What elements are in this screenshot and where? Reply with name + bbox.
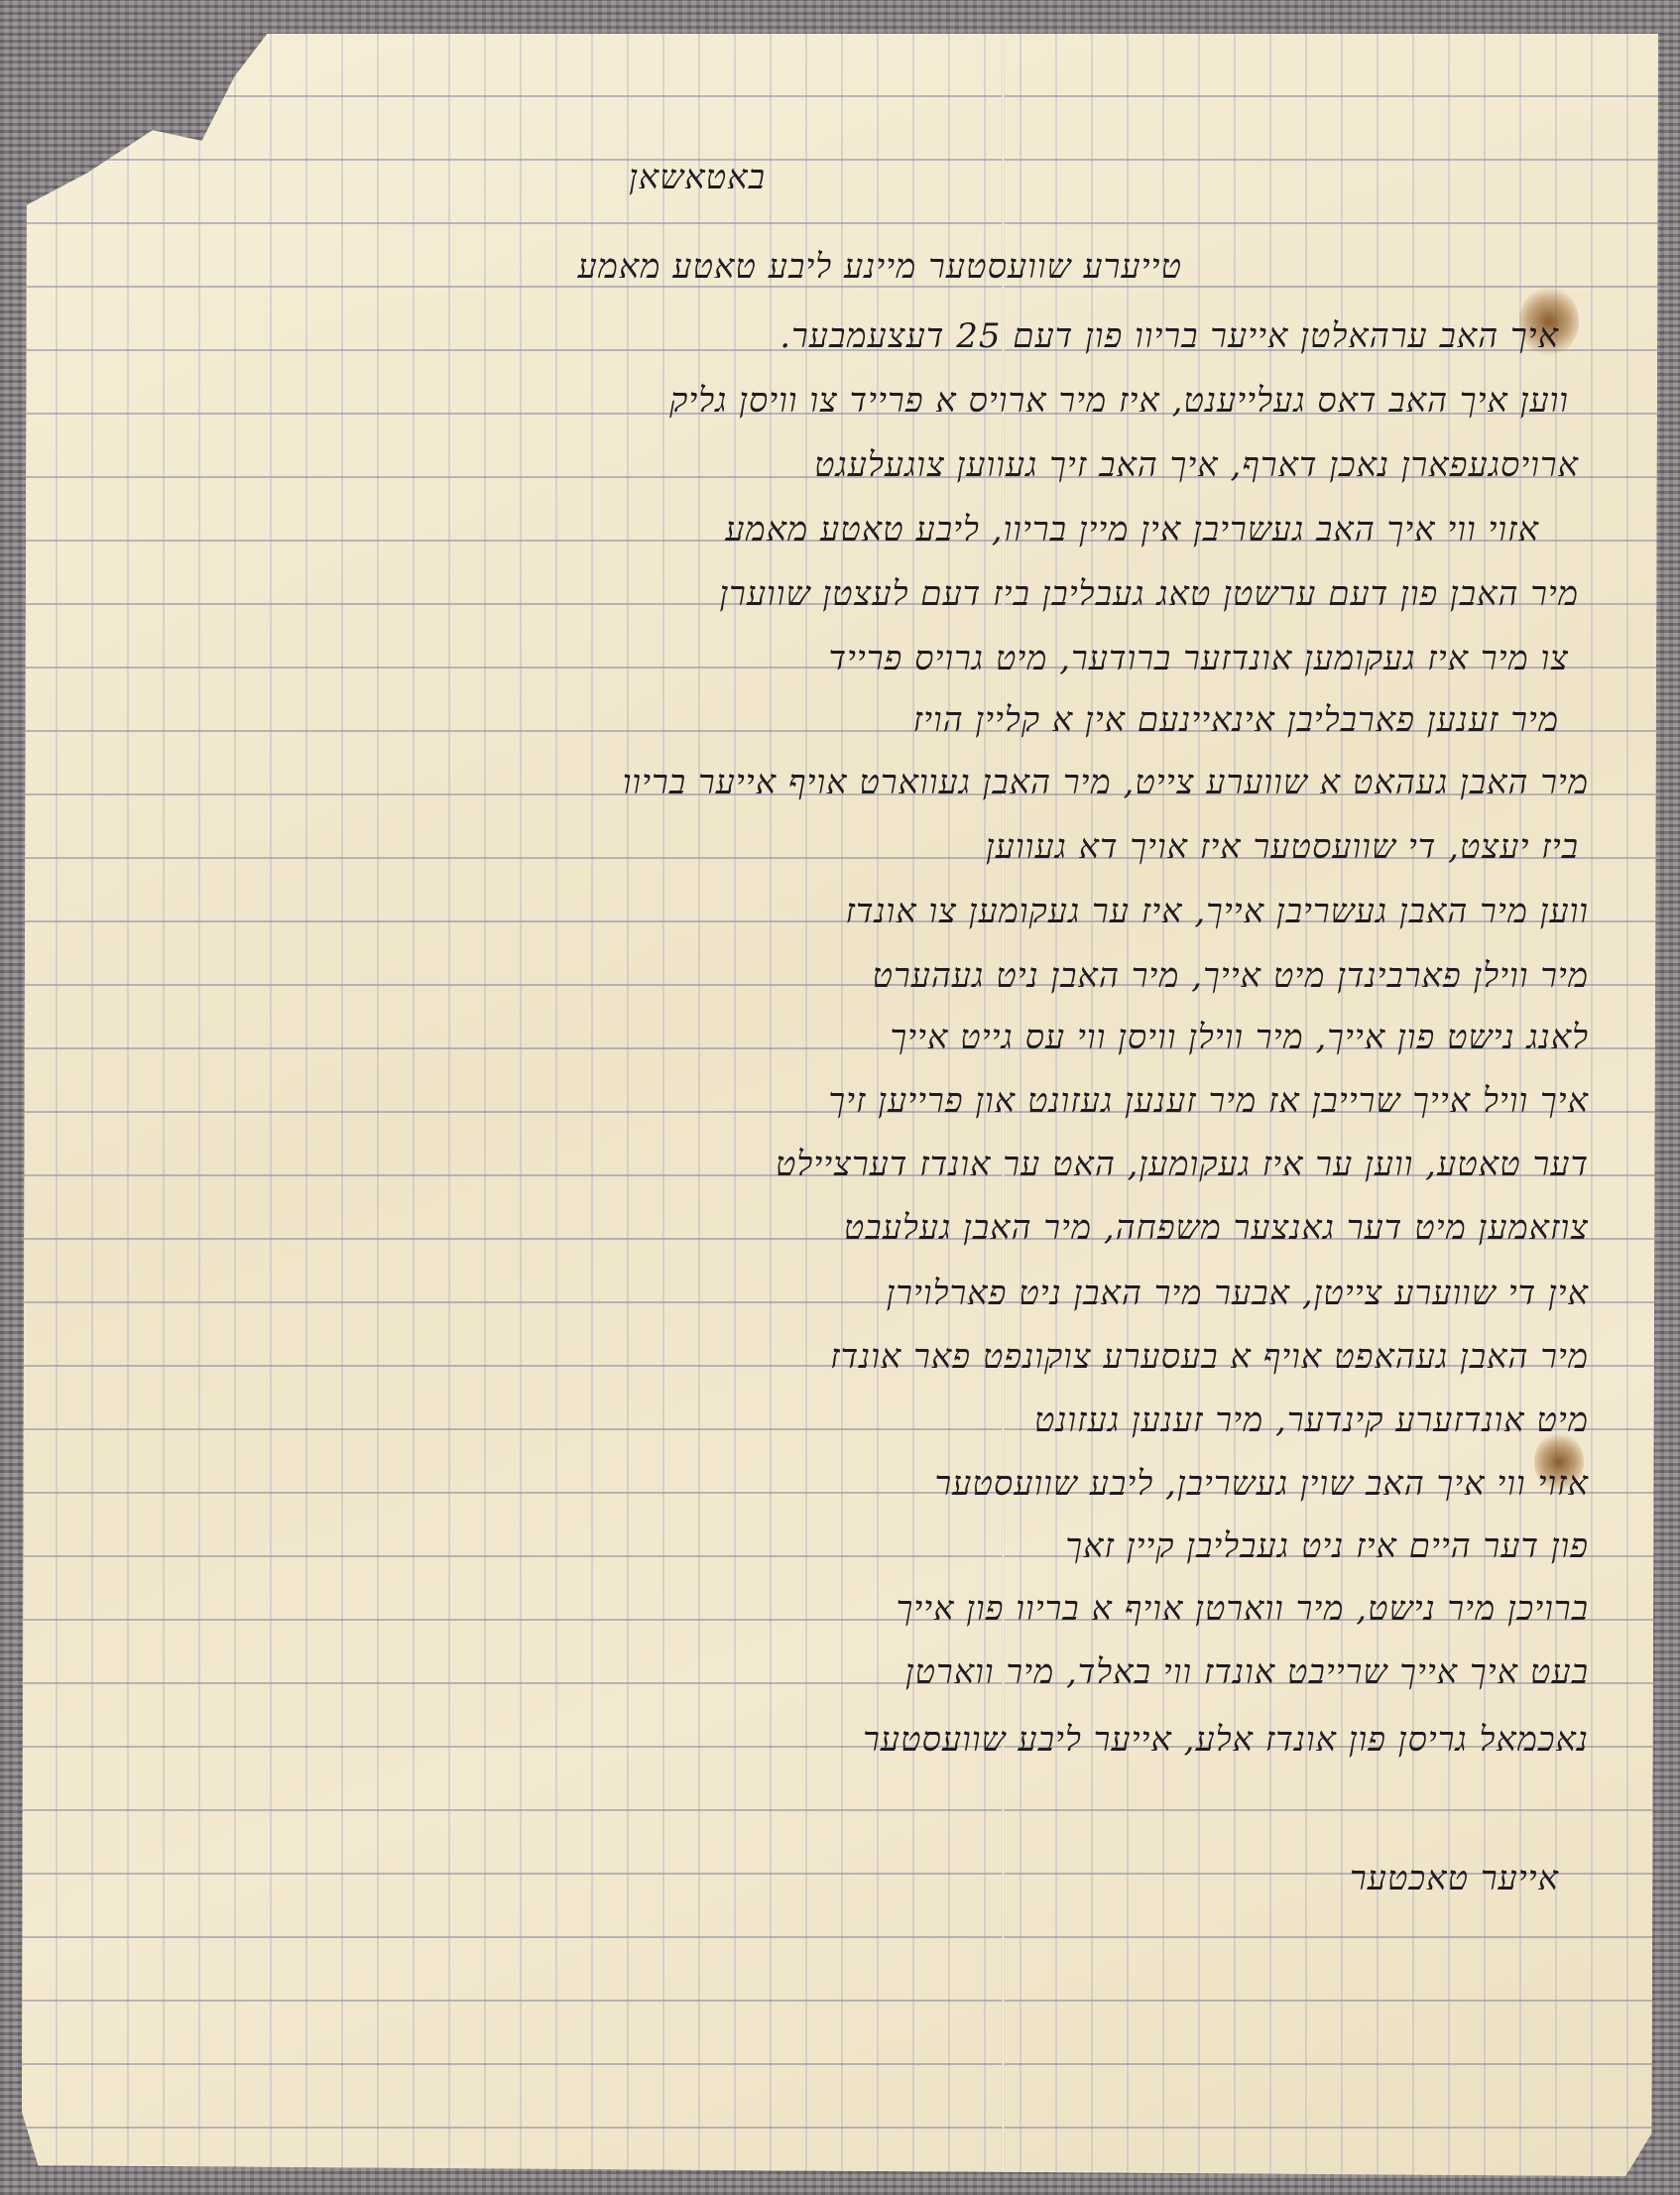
letter-paper: באטאשאן טייערע שוועסטער מיינע ליבע טאטע … <box>22 34 1658 2176</box>
letter-line: בעט איך אייך שרייבט אונדז ווי באלד, מיר … <box>905 1652 1589 1692</box>
letter-line: אזוי ווי איך האב שוין געשריבן, ליבע שווע… <box>934 1464 1589 1504</box>
letter-line: צוזאמען מיט דער גאנצער משפחה, מיר האבן ג… <box>844 1208 1589 1248</box>
letter-line: אין די שווערע צייטן, אבער מיר האבן ניט פ… <box>887 1274 1589 1313</box>
letter-line: לאנג נישט פון אייך, מיר ווילן וויסן ווי … <box>890 1018 1589 1057</box>
letter-line: ארויסגעפארן נאכן דארף, איך האב זיך געווע… <box>814 445 1579 485</box>
letter-signature: אייער טאכטער <box>1350 1859 1559 1898</box>
letter-line: נאכמאל גריסן פון אונדז אלע, אייער ליבע ש… <box>863 1720 1589 1760</box>
letter-line: איך וויל אייך שרייבן אז מיר זענען געזונט… <box>828 1081 1589 1121</box>
letter-line: מיר האבן געהאט א שווערע צייט, מיר האבן ג… <box>623 763 1589 802</box>
letter-line: מיר זענען פארבליבן אינאיינעם אין א קליין… <box>913 700 1559 740</box>
letter-line: פון דער היים איז ניט געבליבן קיין זאך <box>1065 1526 1589 1566</box>
letter-line: מיר האבן געהאפט אויף א בעסערע צוקונפט פא… <box>830 1337 1589 1377</box>
letter-salutation: טייערע שוועסטער מיינע ליבע טאטע מאמע <box>577 247 1182 287</box>
letter-line: דער טאטע, ווען ער איז געקומען, האט ער או… <box>776 1145 1589 1184</box>
letter-line: אזוי ווי איך האב געשריבן אין מיין בריוו,… <box>725 510 1539 549</box>
letter-line: צו מיר איז געקומען אונדזער ברודער, מיט ג… <box>828 639 1569 678</box>
letter-line: ווען איך האב דאס געלייענט, איז מיר ארויס… <box>669 381 1569 421</box>
letter-line: ברויכן מיר נישט, מיר ווארטן אויף א בריוו… <box>897 1589 1589 1629</box>
letter-line: מיר האבן פון דעם ערשטן טאג געבליבן ביז ד… <box>719 574 1579 614</box>
letter-line: ביז יעצט, די שוועסטער איז אויך דא געווען <box>986 827 1579 867</box>
letter-header: באטאשאן <box>629 158 766 197</box>
letter-line: מיר ווילן פארבינדן מיט אייך, מיר האבן ני… <box>873 956 1589 996</box>
letter-line: איך האב ערהאלטן אייער בריוו פון דעם 25 ד… <box>780 316 1559 356</box>
letter-line: ווען מיר האבן געשריבן אייך, איז ער געקומ… <box>845 892 1589 931</box>
letter-line: מיט אונדזערע קינדער, מיר זענען געזונט <box>1034 1401 1589 1440</box>
